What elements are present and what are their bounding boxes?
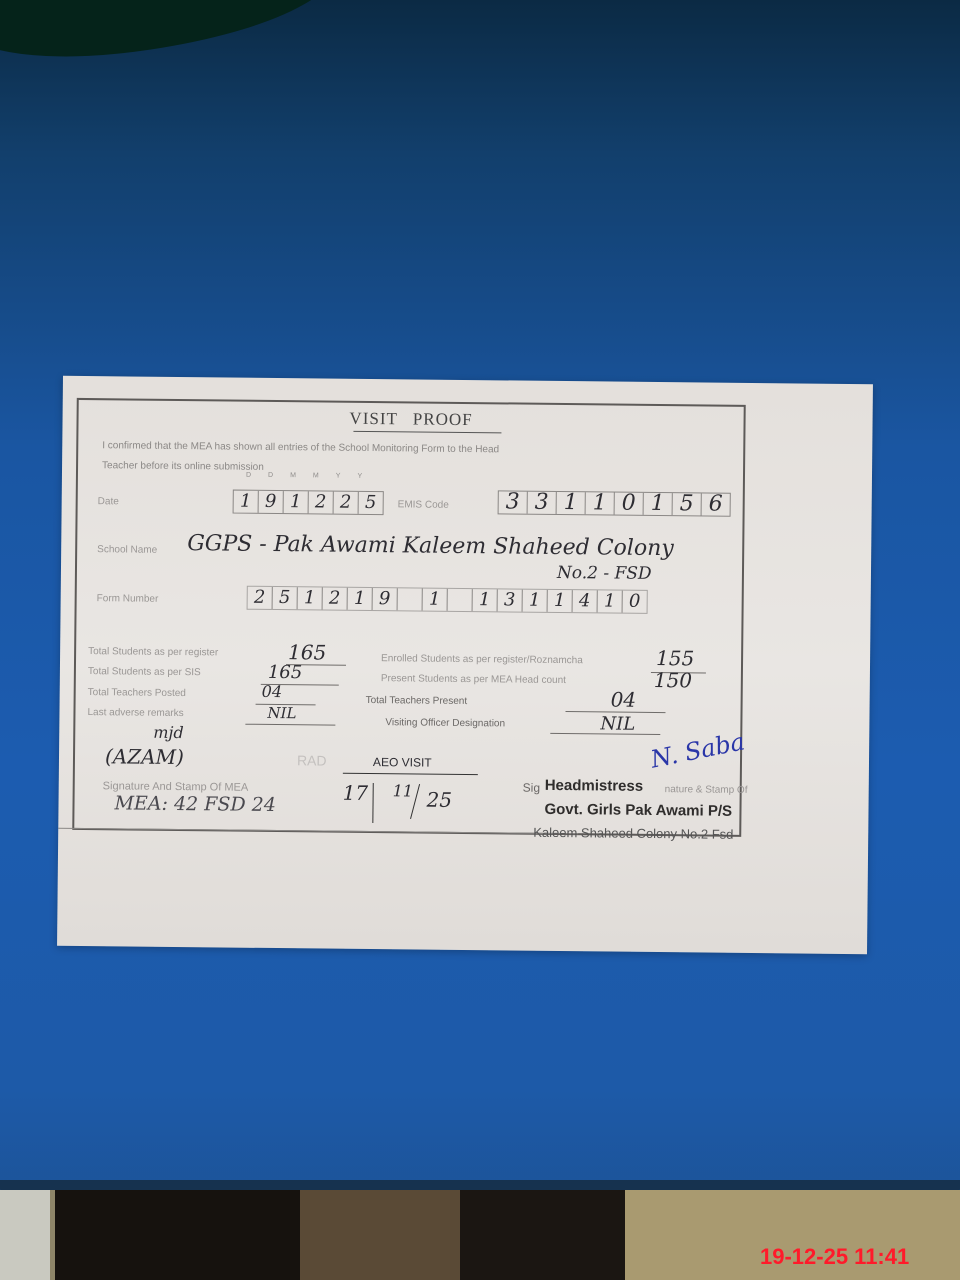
title-underline [353, 431, 501, 434]
emis-digit: 0 [615, 493, 644, 515]
emis-digit: 3 [528, 492, 557, 514]
form-number-digit: 4 [573, 590, 598, 612]
form-number-digit: 5 [273, 587, 298, 609]
date-digit: 5 [359, 492, 383, 514]
form-number-boxes[interactable]: 2 5 1 2 1 9 1 1 3 1 1 4 1 0 [247, 586, 648, 614]
emis-digit: 6 [702, 493, 730, 515]
floor-tile [0, 1190, 50, 1280]
form-number-digit: 1 [473, 589, 498, 611]
form-number-digit: 0 [623, 591, 647, 613]
form-number-label: Form Number [97, 593, 159, 605]
date-digit: 1 [234, 491, 259, 513]
hint: Y [357, 473, 362, 480]
form-number-digit: 1 [298, 587, 323, 609]
total-teachers-posted-label: Total Teachers Posted [88, 687, 186, 699]
stamp-school-name: Govt. Girls Pak Awami P/S [544, 801, 732, 820]
aeo-visit-day: 17 [343, 781, 369, 805]
form-border: VISIT PROOF I confirmed that the MEA has… [72, 398, 745, 837]
form-number-digit: 2 [248, 587, 273, 609]
hint: M [313, 472, 319, 479]
date-label: Date [98, 496, 119, 507]
total-students-register-label: Total Students as per register [88, 646, 218, 658]
hint: Y [336, 473, 341, 480]
enrolled-students-label: Enrolled Students as per register/Roznam… [381, 653, 583, 666]
camera-timestamp: 19-12-25 11:41 [760, 1244, 909, 1270]
green-object-corner [0, 0, 345, 70]
date-digit: 2 [309, 491, 334, 513]
visit-proof-form: VISIT PROOF I confirmed that the MEA has… [57, 376, 873, 954]
headmistress-signature: N. Saba [648, 727, 747, 773]
form-number-digit: 1 [348, 588, 373, 610]
form-number-digit: 2 [323, 588, 348, 610]
total-students-sis-value[interactable]: 165 [268, 662, 303, 683]
floor-mat [300, 1190, 460, 1280]
emis-digit: 1 [586, 492, 615, 514]
emis-digit: 1 [644, 493, 673, 515]
form-number-digit: 1 [523, 590, 548, 612]
aeo-visit-underline [343, 773, 478, 775]
date-digit: 1 [284, 491, 309, 513]
date-format-hints: D D M M Y Y [246, 472, 362, 480]
aeo-divider [372, 783, 373, 823]
form-number-digit: 1 [598, 590, 623, 612]
aeo-visit-heading: AEO VISIT [373, 755, 432, 770]
total-teachers-present-label: Total Teachers Present [366, 695, 468, 707]
school-name-label: School Name [97, 544, 157, 556]
total-teachers-posted-value[interactable]: 04 [262, 682, 283, 701]
date-digit: 9 [259, 491, 284, 513]
total-teachers-present-value[interactable]: 04 [611, 688, 637, 712]
instruction-text: I confirmed that the MEA has shown all e… [102, 436, 732, 483]
mea-name: (AZAM) [105, 744, 184, 769]
floor-shadow [55, 1190, 305, 1280]
hint: M [290, 472, 296, 479]
emis-digit: 1 [557, 492, 586, 514]
hint: D [268, 472, 273, 479]
emis-digit: 3 [499, 491, 528, 513]
form-title: VISIT PROOF [78, 406, 743, 433]
date-boxes[interactable]: 1 9 1 2 2 5 [233, 490, 384, 516]
head-signature-label-prefix: Sig [523, 781, 540, 795]
date-digit: 2 [334, 492, 359, 514]
field-line [245, 724, 335, 726]
total-students-register-value[interactable]: 165 [288, 640, 326, 664]
visiting-officer-designation-label: Visiting Officer Designation [385, 717, 505, 729]
emis-code-boxes[interactable]: 3 3 1 1 0 1 5 6 [498, 490, 731, 516]
form-number-digit [398, 588, 423, 610]
form-number-digit: 3 [498, 589, 523, 611]
mea-id-line: MEA: 42 FSD 24 [114, 792, 276, 816]
mea-faded-stamp: RAD [297, 752, 327, 768]
last-adverse-remarks-label: Last adverse remarks [87, 707, 183, 719]
mea-signature-scribble: mjd [153, 723, 184, 742]
last-adverse-remarks-value[interactable]: NIL [267, 704, 296, 722]
form-number-digit: 9 [373, 588, 398, 610]
form-number-digit: 1 [548, 590, 573, 612]
form-number-digit [448, 589, 473, 611]
aeo-visit-year: 25 [426, 788, 452, 812]
present-students-label: Present Students as per MEA Head count [381, 673, 566, 686]
form-number-digit: 1 [423, 589, 448, 611]
total-students-sis-label: Total Students as per SIS [88, 666, 201, 678]
emis-code-label: EMIS Code [398, 499, 449, 511]
stamp-headmistress: Headmistress [545, 777, 644, 795]
emis-digit: 5 [673, 493, 702, 515]
present-students-value[interactable]: 150 [654, 668, 692, 692]
school-name-value[interactable]: GGPS - Pak Awami Kaleem Shaheed Colony [187, 531, 674, 561]
hint: D [246, 472, 251, 479]
floor-shadow [460, 1190, 625, 1280]
enrolled-students-value[interactable]: 155 [656, 646, 694, 670]
stamp-address: Kaleem Shaheed Colony No.2 Fsd [533, 825, 733, 842]
visiting-officer-designation-value[interactable]: NIL [600, 713, 635, 734]
school-name-value-line2[interactable]: No.2 - FSD [557, 563, 652, 584]
head-signature-label-suffix: nature & Stamp Of [665, 784, 748, 796]
aeo-visit-month: 11 [393, 781, 414, 800]
